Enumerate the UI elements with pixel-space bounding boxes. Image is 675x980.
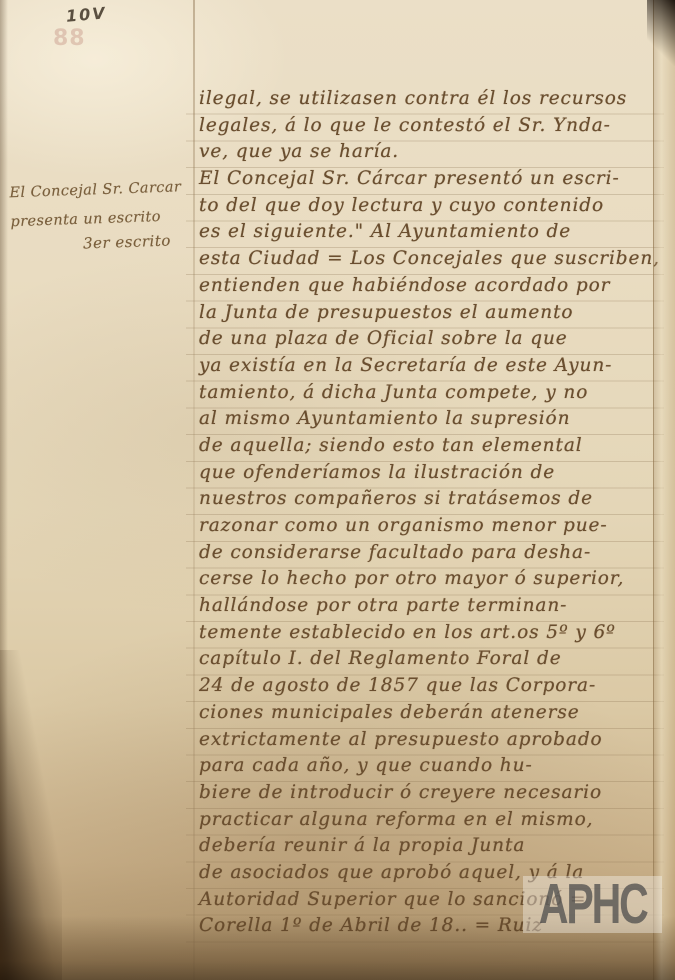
left-edge-shadow [0,0,8,980]
watermark-label: APHC [539,876,647,933]
manuscript-photo: 10V 88 El Concejal Sr. Carcarpresenta un… [0,0,675,980]
manuscript-line: de aquella; siendo esto tan elemental [199,433,671,460]
manuscript-line: de una plaza de Oficial sobre la que [199,326,671,353]
margin-crease-line [193,0,195,980]
manuscript-line: ciones municipales deberán atenerse [199,700,671,727]
stamp-number: 88 [53,26,86,51]
manuscript-line: es el siguiente." Al Ayuntamiento de [199,219,671,246]
manuscript-line: para cada año, y que cuando hu- [199,753,671,780]
manuscript-line: que ofenderíamos la ilustración de [199,460,671,487]
manuscript-line: hallándose por otra parte terminan- [199,593,671,620]
aphc-watermark: APHC [523,876,662,933]
binding-edge-shadow [0,650,62,980]
manuscript-line: tamiento, á dicha Junta compete, y no [199,380,671,407]
manuscript-line: El Concejal Sr. Cárcar presentó un escri… [199,166,671,193]
folio-label: 10V [65,3,107,25]
manuscript-line: ve, que ya se haría. [199,139,671,166]
manuscript-line: temente establecido en los art.os 5º y 6… [199,620,671,647]
margin-note: El Concejal Sr. Carcarpresenta un escrit… [9,173,195,237]
manuscript-text: ilegal, se utilizasen contra él los recu… [199,86,671,940]
manuscript-line: capítulo I. del Reglamento Foral de [199,646,671,673]
manuscript-line: to del que doy lectura y cuyo contenido [199,193,671,220]
manuscript-line: cerse lo hecho por otro mayor ó superior… [199,566,671,593]
manuscript-line: entienden que habiéndose acordado por [199,273,671,300]
manuscript-line: ilegal, se utilizasen contra él los recu… [199,86,671,113]
manuscript-line: legales, á lo que le contestó el Sr. Ynd… [199,113,671,140]
manuscript-line: la Junta de presupuestos el aumento [199,300,671,327]
manuscript-line: extrictamente al presupuesto aprobado [199,727,671,754]
manuscript-line: biere de introducir ó creyere necesario [199,780,671,807]
manuscript-line: de considerarse facultado para desha- [199,540,671,567]
manuscript-line: razonar como un organismo menor pue- [199,513,671,540]
corner-shadow-top-right [647,0,675,66]
manuscript-line: nuestros compañeros si tratásemos de [199,486,671,513]
manuscript-line: practicar alguna reforma en el mismo, [199,807,671,834]
manuscript-line: esta Ciudad = Los Concejales que suscrib… [199,246,671,273]
manuscript-line: ya existía en la Secretaría de este Ayun… [199,353,671,380]
margin-sub-note: 3er escrito [83,231,171,252]
manuscript-line: al mismo Ayuntamiento la supresión [199,406,671,433]
manuscript-line: 24 de agosto de 1857 que las Corpora- [199,673,671,700]
manuscript-line: debería reunir á la propia Junta [199,833,671,860]
